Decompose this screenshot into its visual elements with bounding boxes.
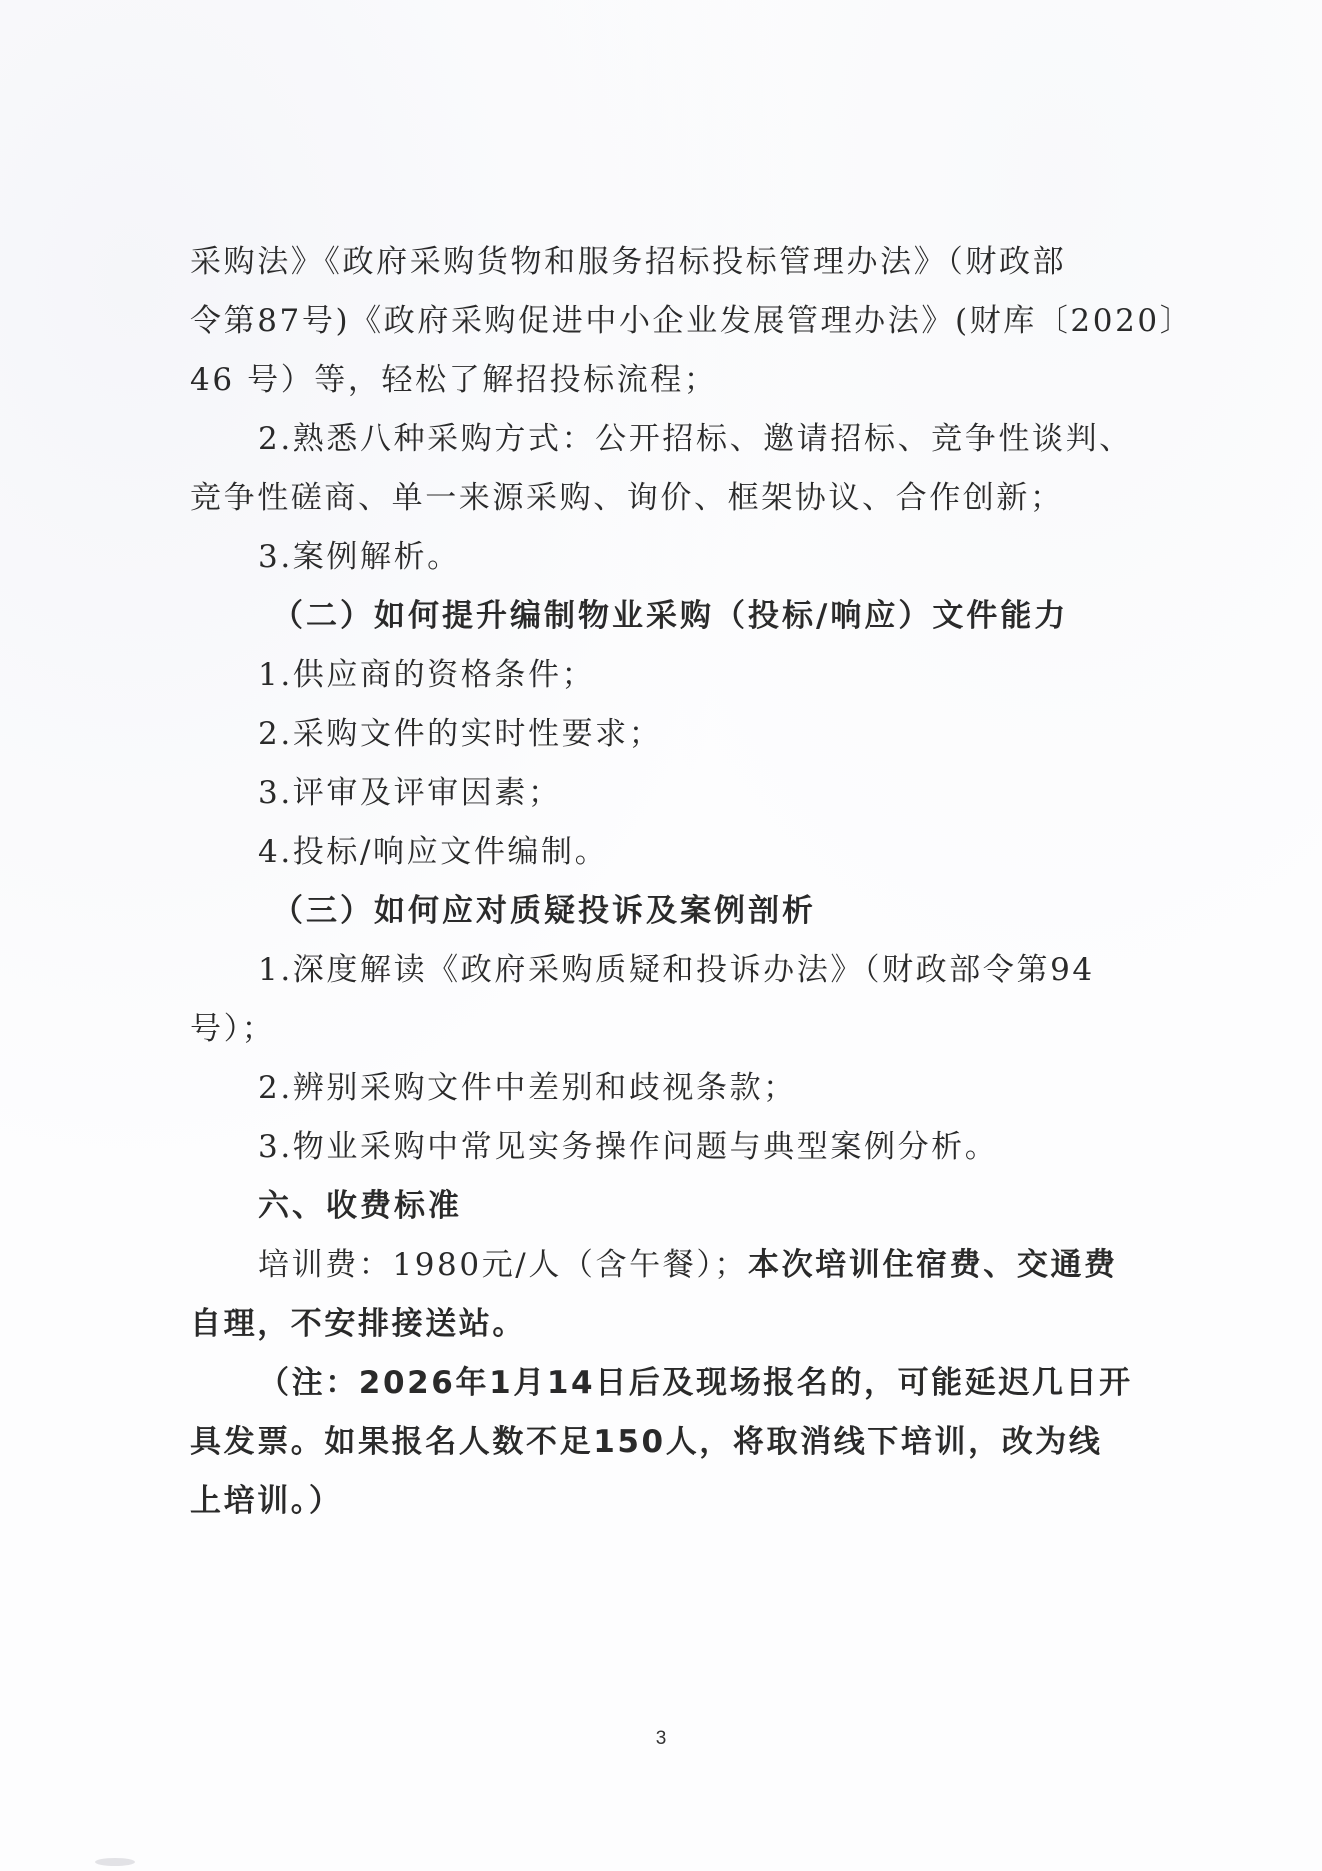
fee-line-2: 自理，不安排接送站。	[190, 1304, 526, 1344]
list-item-evaluation-factors: 3.评审及评审因素；	[258, 773, 562, 813]
document-page: 采购法》《政府采购货物和服务招标投标管理办法》（财政部 令第87号)《政府采购促…	[0, 0, 1322, 1871]
list-item-complaint-measures-cont: 号）；	[190, 1009, 275, 1049]
list-item-procurement-methods-cont: 竞争性磋商、单一来源采购、询价、框架协议、合作创新；	[190, 478, 1064, 518]
body-line-3: 46 号）等，轻松了解招投标流程；	[190, 360, 718, 400]
subheading-3: （三）如何应对质疑投诉及案例剖析	[272, 891, 816, 931]
page-number: 3	[0, 1728, 1322, 1750]
list-item-procurement-methods: 2.熟悉八种采购方式：公开招标、邀请招标、竞争性谈判、	[258, 419, 1133, 459]
list-item-complaint-measures: 1.深度解读《政府采购质疑和投诉办法》（财政部令第94	[258, 950, 1095, 990]
list-item-discriminatory-clauses: 2.辨别采购文件中差别和歧视条款；	[258, 1068, 797, 1108]
scan-artifact	[95, 1858, 135, 1866]
body-line-1: 采购法》《政府采购货物和服务招标投标管理办法》（财政部	[190, 242, 1066, 282]
list-item-case-analysis: 3.案例解析。	[258, 537, 461, 577]
list-item-timeliness-requirements: 2.采购文件的实时性要求；	[258, 714, 662, 754]
note-line-2: 具发票。如果报名人数不足150人，将取消线下培训，改为线	[190, 1422, 1103, 1462]
section-heading-fees: 六、收费标准	[258, 1186, 462, 1226]
body-line-2: 令第87号)《政府采购促进中小企业发展管理办法》(财库〔2020〕	[190, 301, 1193, 341]
list-item-supplier-qualifications: 1.供应商的资格条件；	[258, 655, 595, 695]
list-item-bid-preparation: 4.投标/响应文件编制。	[258, 832, 608, 872]
list-item-common-issues: 3.物业采购中常见实务操作问题与典型案例分析。	[258, 1127, 998, 1167]
note-line-3: 上培训。）	[190, 1481, 343, 1521]
subheading-2: （二）如何提升编制物业采购（投标/响应）文件能力	[272, 596, 1068, 636]
note-line-1: （注：2026年1月14日后及现场报名的，可能延迟几日开	[258, 1363, 1133, 1403]
fee-accommodation-note: 本次培训住宿费、交通费	[748, 1247, 1118, 1283]
fee-amount-text: 培训费：1980元/人（含午餐）；	[258, 1247, 748, 1283]
fee-line-1: 培训费：1980元/人（含午餐）；本次培训住宿费、交通费	[258, 1245, 1118, 1285]
